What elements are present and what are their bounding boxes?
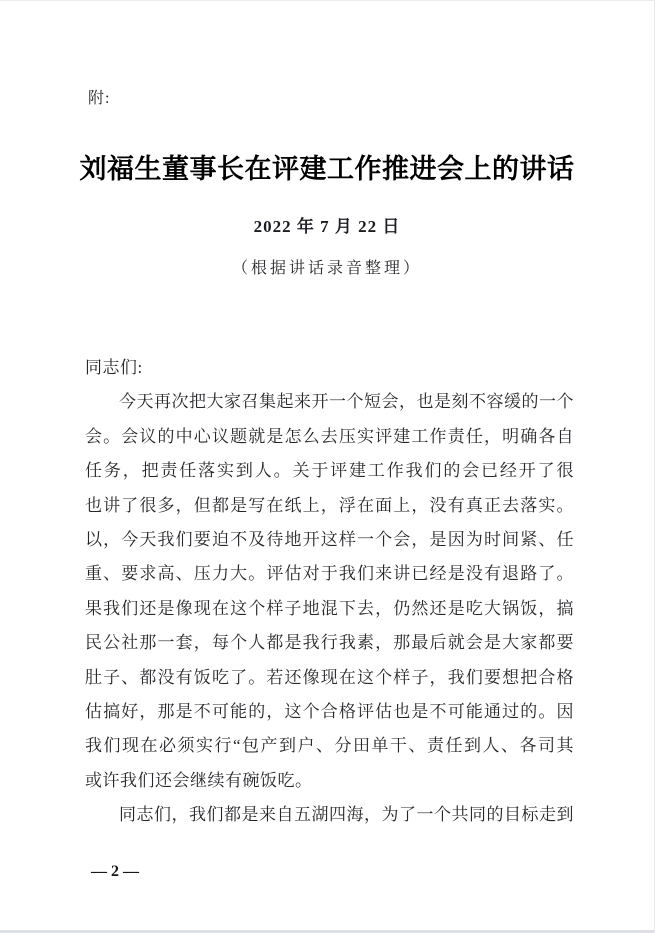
attachment-label: 附: (88, 85, 110, 108)
page-number: — 2 — (91, 863, 139, 881)
document-subtitle: （根据讲话录音整理） (0, 255, 654, 278)
text-line: 或许我们还会继续有碗饭吃。 (85, 764, 574, 798)
text-line: 会。会议的中心议题就是怎么去压实评建工作责任，明确各自的 (85, 420, 574, 454)
text-line: 肚子、都没有饭吃了。若还像现在这个样子，我们要想把合格评 (85, 661, 574, 695)
text-line: 也讲了很多，但都是写在纸上，浮在面上，没有真正去落实。所 (85, 489, 574, 523)
text-line: 以，今天我们要迫不及待地开这样一个会，是因为时间紧、任务 (85, 523, 574, 557)
document-title: 刘福生董事长在评建工作推进会上的讲话 (0, 147, 654, 186)
text-line: 民公社那一套，每个人都是我行我素，那最后就会是大家都要饿 (85, 626, 574, 660)
text-line: 同志们，我们都是来自五湖四海，为了一个共同的目标走到 (85, 798, 574, 832)
document-body: 同志们: 今天再次把大家召集起来开一个短会，也是刻不容缓的一个 会。会议的中心议… (85, 351, 574, 832)
document-date: 2022 年 7 月 22 日 (0, 212, 654, 237)
salutation-line: 同志们: (85, 351, 574, 385)
text-line: 任务，把责任落实到人。关于评建工作我们的会已经开了很多， (85, 454, 574, 488)
text-line: 估搞好，那是不可能的，这个合格评估也是不可能通过的。因此， (85, 695, 574, 729)
text-line: 我们现在必须实行“包产到户、分田单干、责任到人、各司其职”， (85, 729, 574, 763)
document-page: 附: 刘福生董事长在评建工作推进会上的讲话 2022 年 7 月 22 日 （根… (0, 0, 655, 933)
text-line: 重、要求高、压力大。评估对于我们来讲已经是没有退路了。如 (85, 557, 574, 591)
text-line: 果我们还是像现在这个样子地混下去，仍然还是吃大锅饭，搞人 (85, 592, 574, 626)
text-line: 今天再次把大家召集起来开一个短会，也是刻不容缓的一个 (85, 385, 574, 419)
